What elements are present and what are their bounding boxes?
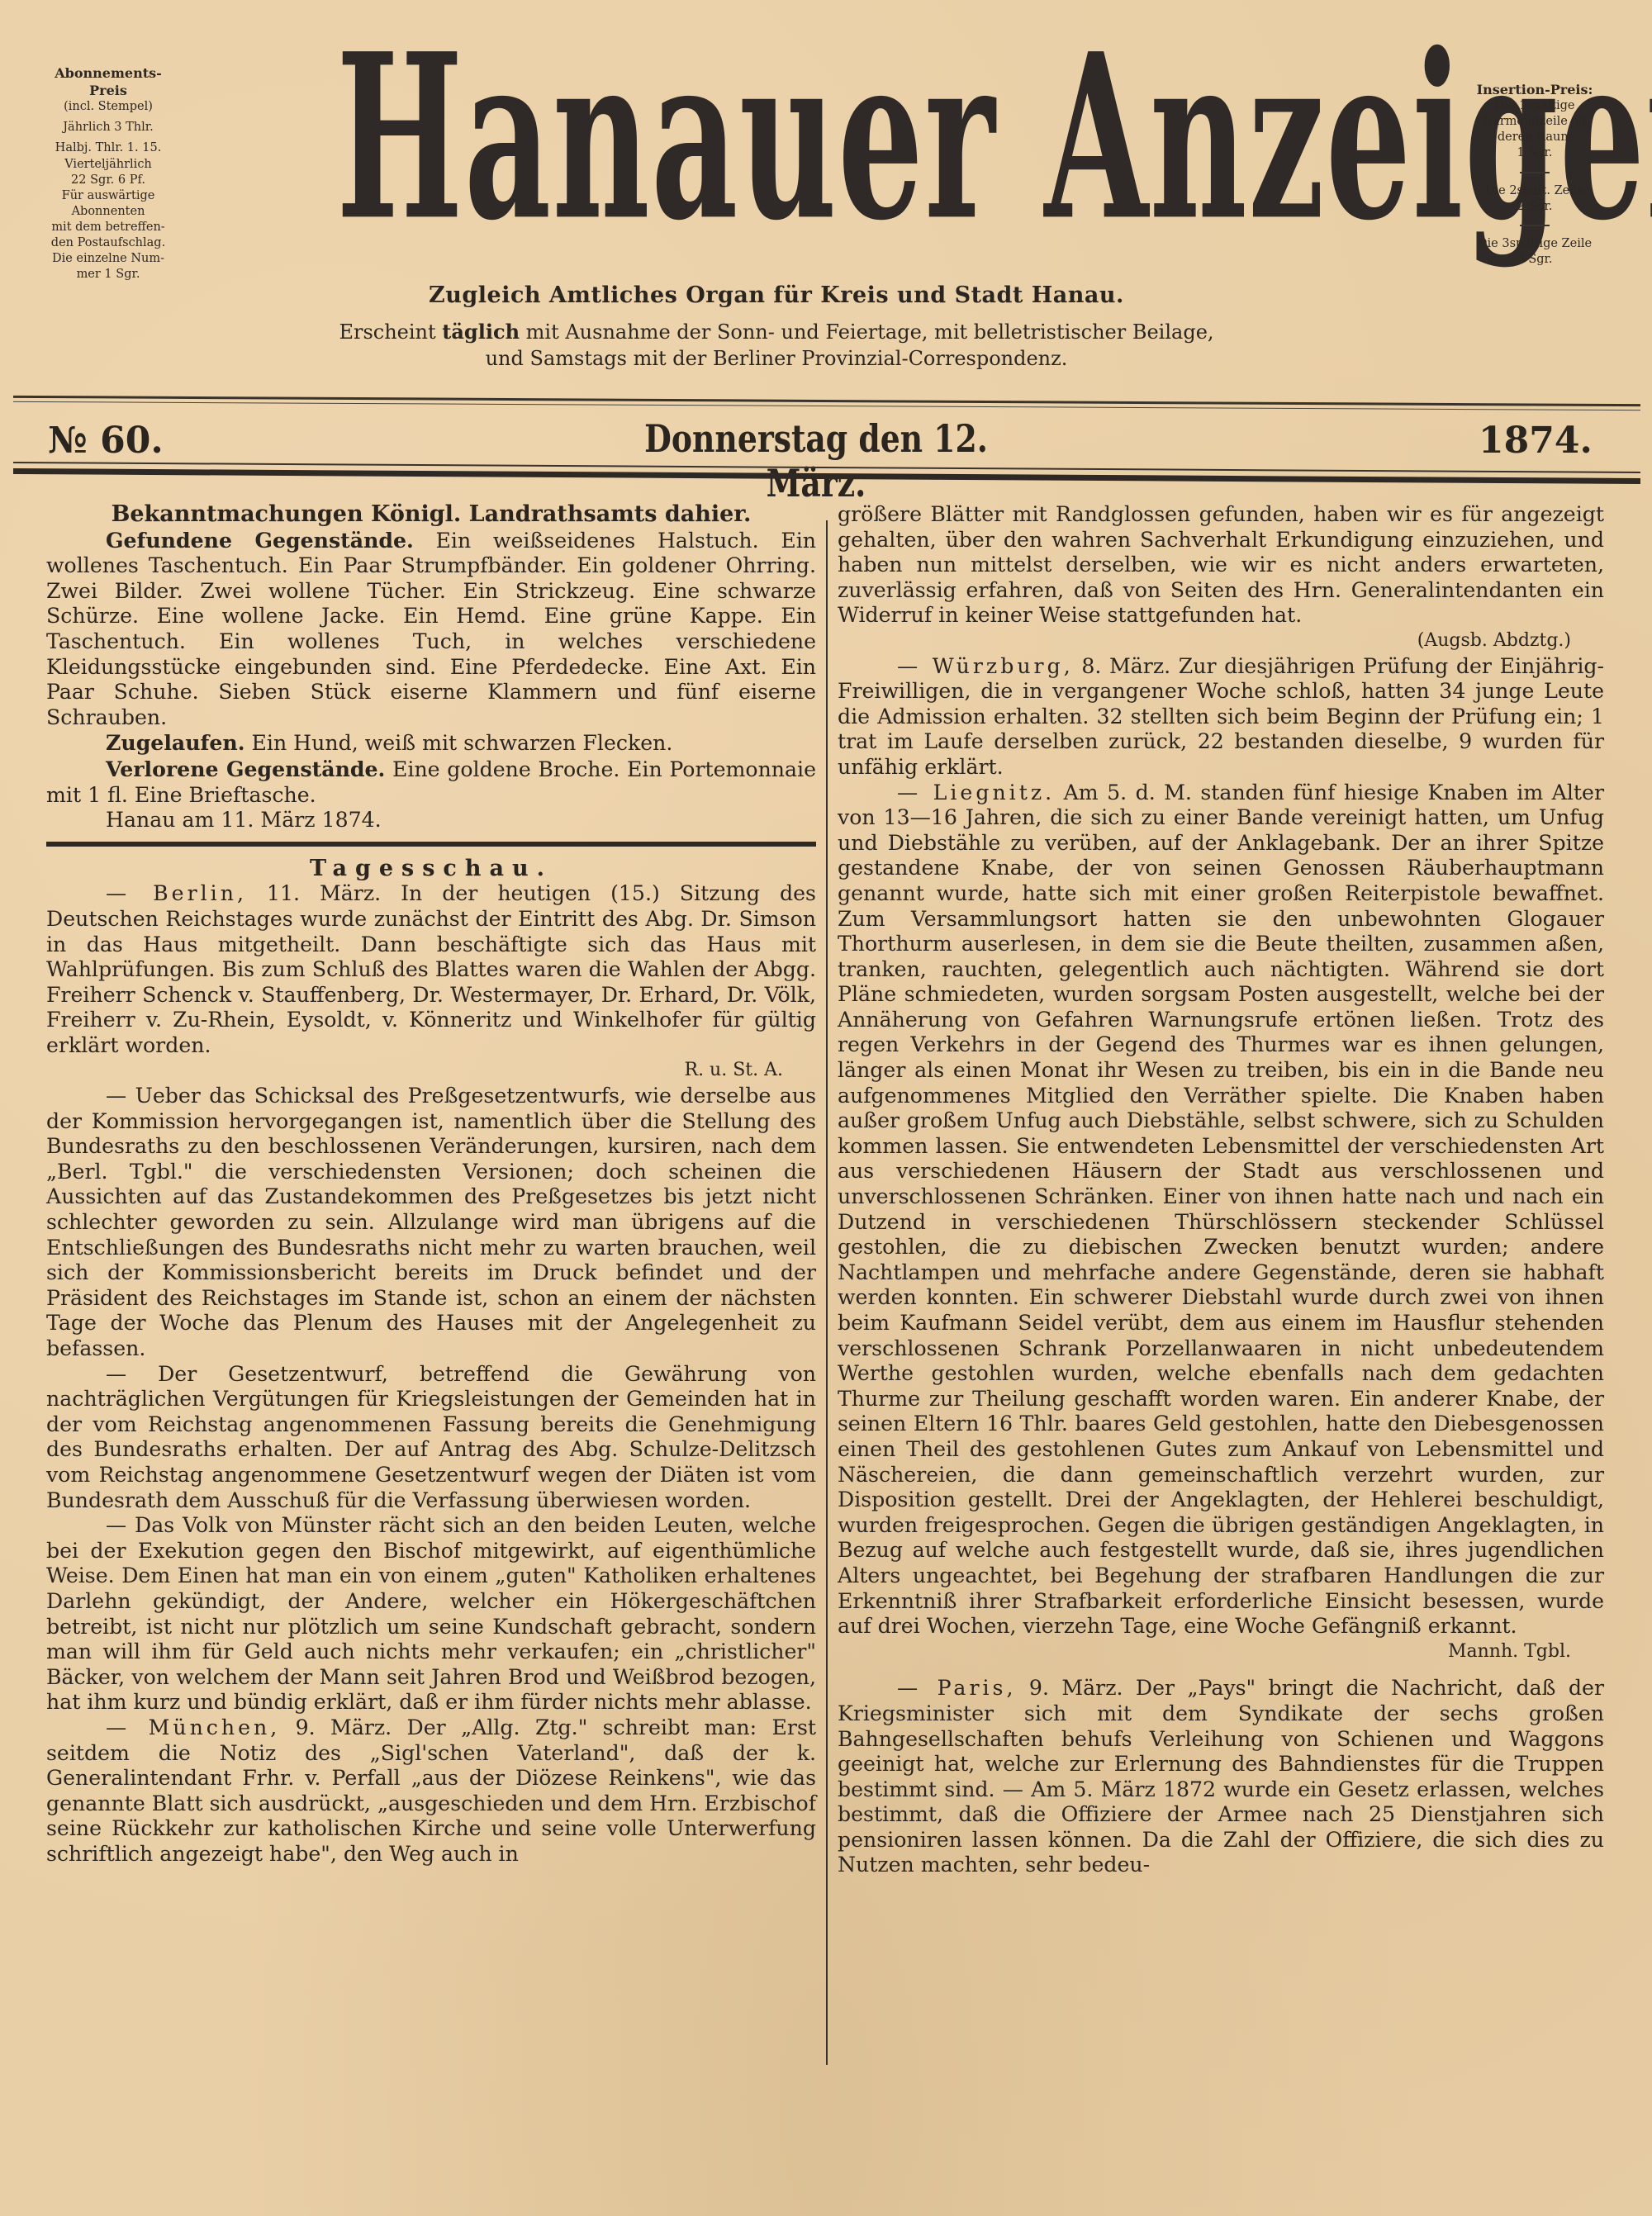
article-press-law: — Ueber das Schicksal des Preßgesetzentw… bbox=[46, 1084, 816, 1362]
subscription-price-box: Abonnements-Preis (incl. Stempel) Jährli… bbox=[43, 64, 173, 283]
article-text: Am 5. d. M. standen fünf hiesige Knaben … bbox=[838, 781, 1604, 1639]
subscription-line: Vierteljährlich bbox=[43, 157, 173, 173]
insertion-line: deren Raum bbox=[1469, 130, 1601, 145]
article-paris: — Paris, 9. März. Der „Pays" bringt die … bbox=[838, 1676, 1604, 1878]
insertion-heading: Insertion-Preis: bbox=[1469, 81, 1601, 98]
lost-items-notice: Verlorene Gegenstände. Eine goldene Broc… bbox=[46, 757, 816, 808]
section-divider bbox=[46, 842, 816, 847]
notice-signoff: Hanau am 11. März 1874. bbox=[46, 808, 816, 833]
dateline-place: — Paris, bbox=[897, 1676, 1016, 1700]
right-column: größere Blätter mit Randglossen gefunden… bbox=[838, 502, 1604, 1878]
subscription-line: (incl. Stempel) bbox=[43, 99, 173, 115]
newspaper-page: Abonnements-Preis (incl. Stempel) Jährli… bbox=[0, 0, 1652, 2216]
article-war-compensation: — Der Gesetzentwurf, betreffend die Gewä… bbox=[46, 1362, 816, 1514]
dateline-place: — Liegnitz. bbox=[897, 781, 1055, 804]
insertion-line: 1 Sgr. bbox=[1469, 145, 1601, 161]
subscription-line: Halbj. Thlr. 1. 15. bbox=[43, 140, 173, 156]
left-column: Bekanntmachungen Königl. Landrathsamts d… bbox=[46, 502, 816, 1867]
schedule-text: und Samstags mit der Berliner Provinzial… bbox=[486, 347, 1068, 370]
insertion-line: Garmondzeile od bbox=[1469, 114, 1601, 130]
spacer bbox=[838, 1664, 1604, 1676]
divider bbox=[1520, 172, 1550, 173]
strayed-label: Zugelaufen. bbox=[106, 730, 244, 755]
schedule-daily: täglich bbox=[442, 320, 520, 344]
lost-items-label: Verlorene Gegenstände. bbox=[106, 757, 385, 781]
article-text: 11. März. In der heutigen (15.) Sitzung … bbox=[46, 881, 816, 1057]
found-items-label: Gefundene Gegenstände. bbox=[106, 528, 414, 553]
schedule-text: mit Ausnahme der Sonn- und Feiertage, mi… bbox=[520, 320, 1214, 344]
insertion-line: Die 2spalt. Zeile bbox=[1469, 183, 1601, 199]
article-berlin: — Berlin, 11. März. In der heutigen (15.… bbox=[46, 881, 816, 1058]
dateline-place: — Berlin, bbox=[106, 881, 247, 905]
subscription-line: 22 Sgr. 6 Pf. bbox=[43, 173, 173, 188]
issue-date: Donnerstag den 12. März. bbox=[600, 416, 1033, 505]
official-organ-subtitle: Zugleich Amtliches Organ für Kreis und S… bbox=[281, 282, 1272, 308]
subscription-line: mer 1 Sgr. bbox=[43, 267, 173, 282]
divider bbox=[1520, 225, 1550, 226]
strayed-text: Ein Hund, weiß mit schwarzen Flecken. bbox=[252, 731, 673, 755]
article-source: Mannh. Tgbl. bbox=[838, 1639, 1604, 1665]
subscription-line: Abonnenten bbox=[43, 204, 173, 220]
subscription-line: Jährlich 3 Thlr. bbox=[43, 120, 173, 135]
insertion-line: 2 Sgr. bbox=[1469, 199, 1601, 215]
subscription-heading: Abonnements-Preis bbox=[43, 64, 173, 99]
insertion-price-box: Insertion-Preis: Die 1spaltige Garmondze… bbox=[1469, 81, 1601, 268]
article-source: R. u. St. A. bbox=[46, 1058, 816, 1084]
dateline-place: — München, bbox=[106, 1715, 280, 1739]
article-wuerzburg: — Würzburg, 8. März. Zur diesjährigen Pr… bbox=[838, 654, 1604, 781]
subscription-line: den Postaufschlag. bbox=[43, 235, 173, 251]
schedule-text: Erscheint bbox=[339, 320, 442, 344]
subscription-line: Für auswärtige bbox=[43, 188, 173, 204]
insertion-line: 3 Sgr. bbox=[1469, 252, 1601, 268]
column-divider bbox=[826, 520, 828, 2065]
found-items-text: Ein weißseidenes Halstuch. Ein wollenes … bbox=[46, 529, 816, 729]
article-muenster: — Das Volk von Münster rächt sich an den… bbox=[46, 1513, 816, 1715]
found-items-notice: Gefundene Gegenstände. Ein weißseidenes … bbox=[46, 528, 816, 731]
notice-heading: Bekanntmachungen Königl. Landrathsamts d… bbox=[46, 502, 816, 528]
insertion-line: Die 1spaltige bbox=[1469, 98, 1601, 114]
subscription-line: mit dem betreffen- bbox=[43, 220, 173, 235]
article-source: (Augsb. Abdztg.) bbox=[838, 629, 1604, 654]
issue-number: № 60. bbox=[48, 420, 164, 462]
section-heading-tagesschau: Tagesschau. bbox=[46, 857, 816, 882]
publication-schedule: Erscheint täglich mit Ausnahme der Sonn-… bbox=[281, 319, 1272, 372]
issue-year: 1874. bbox=[1479, 420, 1593, 462]
strayed-notice: Zugelaufen. Ein Hund, weiß mit schwarzen… bbox=[46, 730, 816, 757]
subscription-line: Die einzelne Num- bbox=[43, 251, 173, 267]
dateline-place: — Würzburg, bbox=[897, 654, 1074, 678]
article-text: 9. März. Der „Pays" bringt die Nachricht… bbox=[838, 1676, 1604, 1877]
insertion-line: Die 3spaltige Zeile bbox=[1469, 236, 1601, 252]
article-munich: — München, 9. März. Der „Allg. Ztg." sch… bbox=[46, 1715, 816, 1867]
article-munich-continued: größere Blätter mit Randglossen gefunden… bbox=[838, 502, 1604, 629]
newspaper-title: Hanauer Anzeiger. bbox=[336, 25, 1316, 252]
article-liegnitz: — Liegnitz. Am 5. d. M. standen fünf hie… bbox=[838, 781, 1604, 1639]
